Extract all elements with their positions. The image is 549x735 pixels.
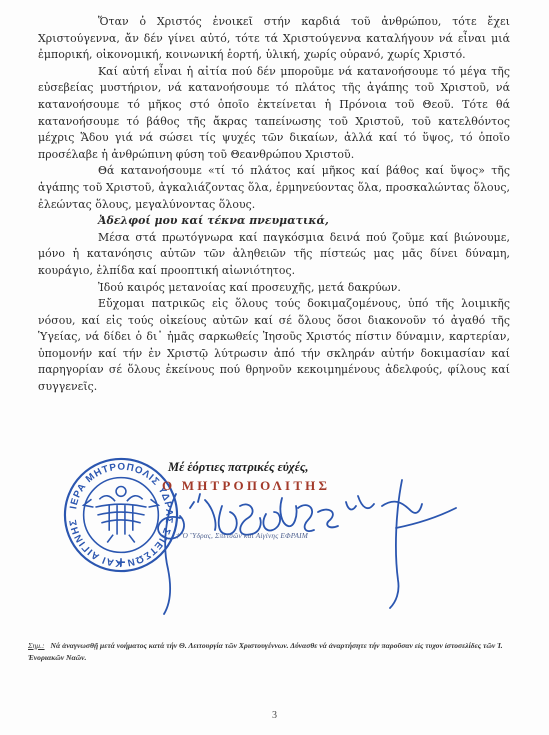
signatory-title: Ο ΜΗΤΡΟΠΟΛΙΤΗΣ xyxy=(162,478,330,494)
paragraph: Μέσα στά πρωτόγνωρα καί παγκόσμια δεινά … xyxy=(38,230,510,280)
footnote: Σημ.:Νά ἀναγνωσθῇ μετά νοήματος κατά τήν… xyxy=(28,640,518,664)
footnote-label: Σημ.: xyxy=(28,641,45,650)
document-page: Ὅταν ὁ Χριστός ἐνοικεῖ στήν καρδιά τοῦ ἀ… xyxy=(0,0,549,735)
paragraph: Θά κατανοήσουμε «τί τό πλάτος καί μῆκος … xyxy=(38,163,510,213)
handwritten-signature-icon xyxy=(150,478,480,618)
closing-wishes: Μέ ἑόρτιες πατρικές εὐχές, xyxy=(168,460,309,475)
letter-body: Ὅταν ὁ Χριστός ἐνοικεῖ στήν καρδιά τοῦ ἀ… xyxy=(38,14,510,396)
paragraph: Ἰδού καιρός μετανοίας καί προσευχῆς, μετ… xyxy=(38,280,510,297)
svg-text:ΙΕΡΑ ΜΗΤΡΟΠΟΛΙΣ ΥΔΡΑΣ ΣΠΕΤΣΩΝ: ΙΕΡΑ ΜΗΤΡΟΠΟΛΙΣ ΥΔΡΑΣ ΣΠΕΤΣΩΝ ΚΑΙ ΑΙΓΙΝΗ… xyxy=(68,462,175,569)
metropolis-seal-icon: ΙΕΡΑ ΜΗΤΡΟΠΟΛΙΣ ΥΔΡΑΣ ΣΠΕΤΣΩΝ ΚΑΙ ΑΙΓΙΝΗ… xyxy=(62,456,180,574)
page-number: 3 xyxy=(0,710,549,721)
paragraph: Καί αὐτή εἶναι ἡ αἰτία πού δέν μποροῦμε … xyxy=(38,64,510,164)
greeting-line: Ἀδελφοί μου καί τέκνα πνευματικά, xyxy=(38,213,510,230)
paragraph: Ὅταν ὁ Χριστός ἐνοικεῖ στήν καρδιά τοῦ ἀ… xyxy=(38,14,510,64)
footnote-text: Νά ἀναγνωσθῇ μετά νοήματος κατά τήν Θ. Λ… xyxy=(28,641,503,662)
signatory-name: † Ὁ Ὕδρας, Σπετσῶν καί Αἰγίνης ΕΦΡΑΙΜ xyxy=(176,531,308,540)
paragraph: Εὔχομαι πατρικῶς εἰς ὅλους τούς δοκιμαζο… xyxy=(38,296,510,396)
